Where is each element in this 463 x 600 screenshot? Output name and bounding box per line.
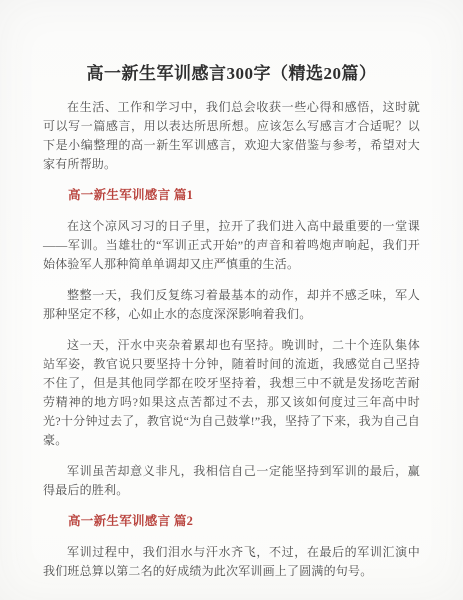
section-1-paragraph-4: 军训虽苦却意义非凡，我相信自己一定能坚持到军训的最后，赢得最后的胜利。 bbox=[43, 462, 420, 500]
page-title: 高一新生军训感言300字（精选20篇） bbox=[43, 62, 420, 86]
section-2-heading: 高一新生军训感言 篇2 bbox=[43, 512, 420, 531]
document-content: 高一新生军训感言300字（精选20篇） 在生活、工作和学习中，我们总会收获一些心… bbox=[0, 0, 463, 581]
document-page: 高一新生军训感言300字（精选20篇） 在生活、工作和学习中，我们总会收获一些心… bbox=[0, 0, 463, 600]
section-1-paragraph-1: 在这个凉风习习的日子里，拉开了我们进入高中最重要的一堂课——军训。当雄壮的“军训… bbox=[43, 217, 420, 274]
section-1-heading: 高一新生军训感言 篇1 bbox=[43, 186, 420, 205]
section-1-paragraph-3: 这一天，汗水中夹杂着累却也有坚持。晚训时，二十个连队集体站军姿，教官说只要坚持十… bbox=[43, 336, 420, 450]
section-1-paragraph-2: 整整一天，我们反复练习着最基本的动作，却并不感乏味，军人那种坚定不移，心如止水的… bbox=[43, 286, 420, 324]
intro-paragraph: 在生活、工作和学习中，我们总会收获一些心得和感悟，这时就可以写一篇感言，用以表达… bbox=[43, 98, 420, 174]
section-2-paragraph-1: 军训过程中，我们泪水与汗水齐飞，不过，在最后的军训汇演中我们班总算以第二名的好成… bbox=[43, 543, 420, 581]
